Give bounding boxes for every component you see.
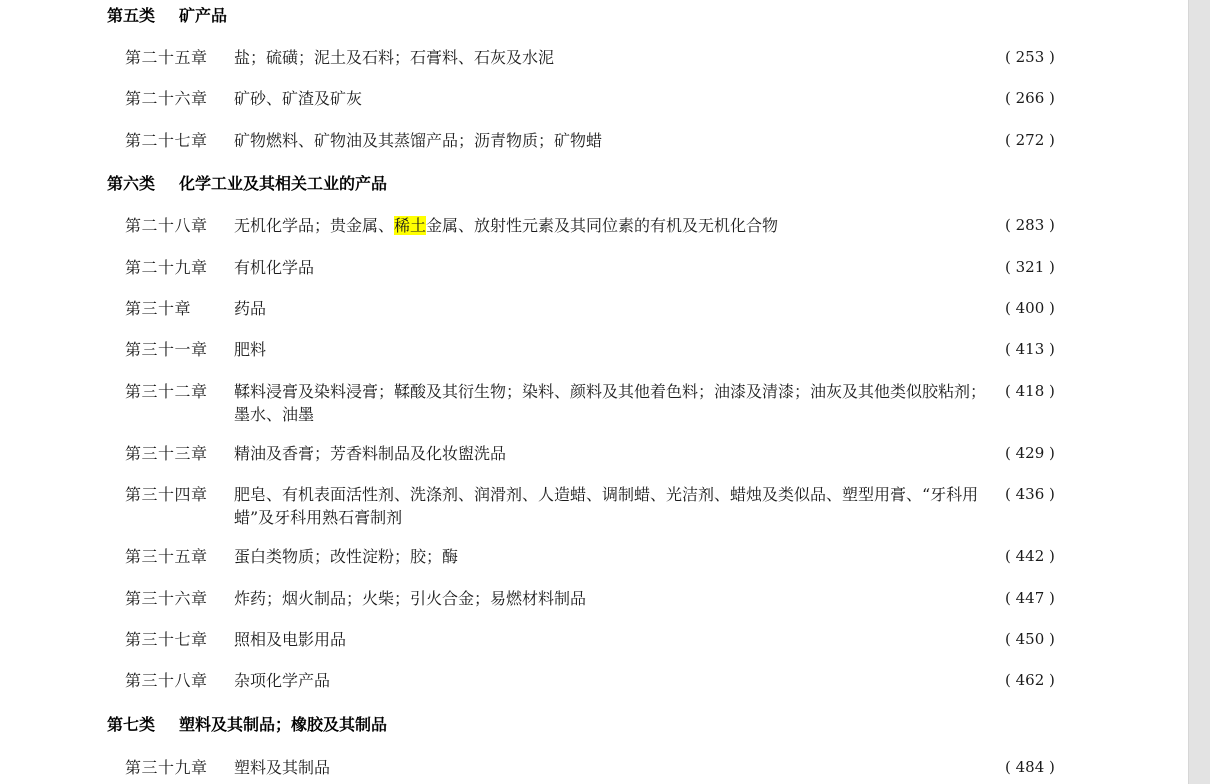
chapter-number: 第三十三章 [125,442,208,465]
section-title: 塑料及其制品；橡胶及其制品 [179,715,387,734]
chapter-number: 第二十八章 [125,214,208,237]
chapter-title: 矿砂、矿渣及矿灰 [234,87,994,110]
chapter-title: 蛋白类物质；改性淀粉；胶；酶 [234,545,994,568]
chapter-title-post: 金属、放射性元素及其同位素的有机及无机化合物 [426,216,778,235]
search-highlight[interactable]: 稀土 [394,216,426,235]
chapter-number: 第三十六章 [125,587,208,610]
chapter-title: 杂项化学产品 [234,669,994,692]
chapter-number: 第三十五章 [125,545,208,568]
section-number: 第六类 [107,174,179,194]
chapter-page-number: ( 253 ) [1005,46,1055,69]
chapter-page-number: ( 447 ) [1005,587,1055,610]
chapter-number: 第三十章 [125,297,191,320]
section-title: 化学工业及其相关工业的产品 [179,174,387,193]
chapter-number: 第三十二章 [125,380,208,403]
chapter-number: 第二十七章 [125,129,208,152]
chapter-title: 肥料 [234,338,994,361]
chapter-title: 盐；硫磺；泥土及石料；石膏料、石灰及水泥 [234,46,994,69]
chapter-number: 第二十五章 [125,46,208,69]
chapter-number: 第三十一章 [125,338,208,361]
chapter-page-number: ( 429 ) [1005,442,1055,465]
chapter-number: 第二十六章 [125,87,208,110]
chapter-page-number: ( 442 ) [1005,545,1055,568]
chapter-page-number: ( 321 ) [1005,256,1055,279]
chapter-number: 第三十九章 [125,756,208,779]
section-heading-7[interactable]: 第七类塑料及其制品；橡胶及其制品 [107,715,387,735]
chapter-title: 鞣料浸膏及染料浸膏；鞣酸及其衍生物；染料、颜料及其他着色料；油漆及清漆；油灰及其… [234,380,994,426]
chapter-page-number: ( 400 ) [1005,297,1055,320]
chapter-page-number: ( 272 ) [1005,129,1055,152]
chapter-page-number: ( 484 ) [1005,756,1055,779]
chapter-page-number: ( 413 ) [1005,338,1055,361]
section-number: 第五类 [107,6,179,26]
chapter-title: 药品 [234,297,994,320]
chapter-page-number: ( 436 ) [1005,483,1055,506]
section-heading-5[interactable]: 第五类矿产品 [107,6,227,26]
chapter-title-pre: 无机化学品；贵金属、 [234,216,394,235]
section-title: 矿产品 [179,6,227,25]
chapter-number: 第二十九章 [125,256,208,279]
section-number: 第七类 [107,715,179,735]
viewer-background-gutter [1188,0,1210,784]
chapter-title: 无机化学品；贵金属、稀土金属、放射性元素及其同位素的有机及无机化合物 [234,214,994,237]
chapter-title: 有机化学品 [234,256,994,279]
chapter-page-number: ( 462 ) [1005,669,1055,692]
chapter-title: 塑料及其制品 [234,756,994,779]
chapter-number: 第三十八章 [125,669,208,692]
chapter-number: 第三十七章 [125,628,208,651]
chapter-page-number: ( 283 ) [1005,214,1055,237]
section-heading-6[interactable]: 第六类化学工业及其相关工业的产品 [107,174,387,194]
chapter-number: 第三十四章 [125,483,208,506]
chapter-title: 矿物燃料、矿物油及其蒸馏产品；沥青物质；矿物蜡 [234,129,994,152]
chapter-title: 精油及香膏；芳香料制品及化妆盥洗品 [234,442,994,465]
chapter-title: 照相及电影用品 [234,628,994,651]
chapter-page-number: ( 266 ) [1005,87,1055,110]
document-page: 第五类矿产品 第二十五章 盐；硫磺；泥土及石料；石膏料、石灰及水泥 ( 253 … [0,0,1188,784]
chapter-title: 肥皂、有机表面活性剂、洗涤剂、润滑剂、人造蜡、调制蜡、光洁剂、蜡烛及类似品、塑型… [234,483,994,529]
chapter-title: 炸药；烟火制品；火柴；引火合金；易燃材料制品 [234,587,994,610]
chapter-page-number: ( 418 ) [1005,380,1055,403]
chapter-page-number: ( 450 ) [1005,628,1055,651]
